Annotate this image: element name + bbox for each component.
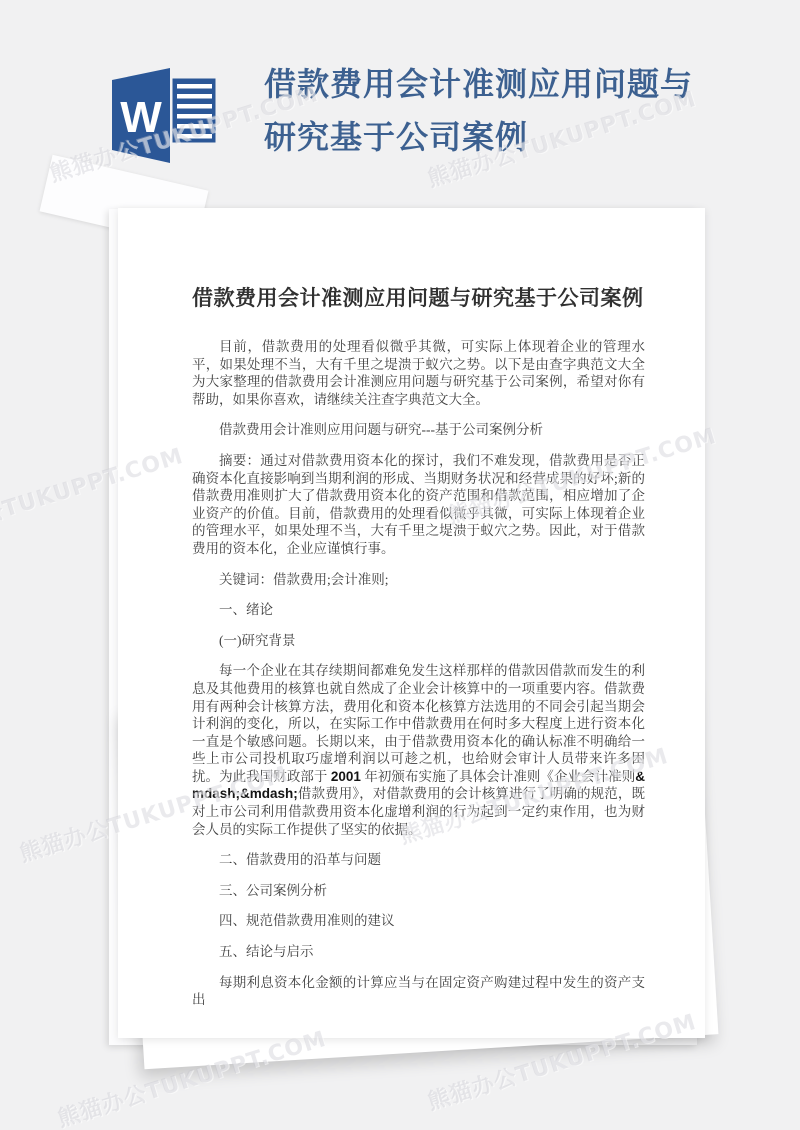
document-paragraph: 三、公司案例分析 — [192, 882, 645, 900]
document-paragraph: 五、结论与启示 — [192, 943, 645, 961]
document-paragraph: 摘要：通过对借款费用资本化的探讨，我们不难发现，借款费用是否正确资本化直接影响到… — [192, 452, 645, 558]
document-paragraph: 四、规范借款费用准则的建议 — [192, 912, 645, 930]
preview-title: 借款费用会计准测应用问题与 研究基于公司案例 — [264, 58, 724, 164]
document-body: 目前，借款费用的处理看似微乎其微，可实际上体现着企业的管理水平，如果处理不当，大… — [192, 338, 645, 1009]
document-paragraph: 每期利息资本化金额的计算应当与在固定资产购建过程中发生的资产支出 — [192, 974, 645, 1009]
document-paragraph: 关键词：借款费用;会计准则; — [192, 571, 645, 589]
preview-title-line1: 借款费用会计准测应用问题与 — [264, 58, 724, 111]
word-file-icon: W — [112, 66, 217, 163]
preview-title-line2: 研究基于公司案例 — [264, 111, 724, 164]
paragraph-segment: 每一个企业在其存续期间都难免发生这样那样的借款因借款而发生的利息及其他费用的核算… — [192, 663, 645, 784]
document-paragraph: 目前，借款费用的处理看似微乎其微，可实际上体现着企业的管理水平，如果处理不当，大… — [192, 338, 645, 408]
document-paragraph: 一、绪论 — [192, 601, 645, 619]
document-paragraph: 借款费用会计准则应用问题与研究---基于公司案例分析 — [192, 421, 645, 439]
paragraph-segment: 年初颁布实施了具体会计准则《企业会计准则 — [361, 769, 635, 784]
document-paragraph: 二、借款费用的沿革与问题 — [192, 851, 645, 869]
document-page: 借款费用会计准测应用问题与研究基于公司案例 目前，借款费用的处理看似微乎其微，可… — [118, 208, 705, 1038]
document-paragraph: (一)研究背景 — [192, 632, 645, 650]
document-title: 借款费用会计准测应用问题与研究基于公司案例 — [192, 282, 645, 312]
paragraph-strong-segment: 2001 — [331, 769, 361, 784]
word-letter: W — [120, 93, 162, 142]
document-paragraph: 每一个企业在其存续期间都难免发生这样那样的借款因借款而发生的利息及其他费用的核算… — [192, 662, 645, 838]
preview-background: W 借款费用会计准测应用问题与 研究基于公司案例 借款费用会计准测应用问题与研究… — [0, 0, 800, 1130]
